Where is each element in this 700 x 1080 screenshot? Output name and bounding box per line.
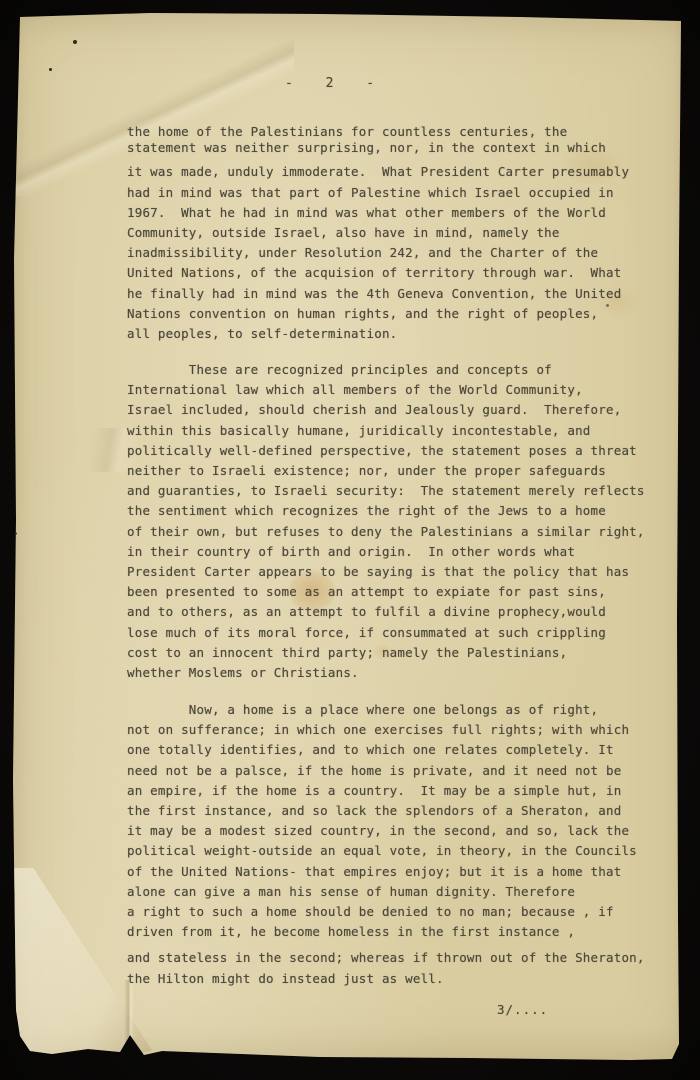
text-line: and guaranties, to Israeli security: The… [127,481,649,501]
paragraph: Now, a home is a place where one belongs… [127,700,649,942]
paragraph: and stateless in the second; whereas if … [127,948,649,988]
text-line: These are recognized principles and conc… [127,360,649,380]
text-line: lose much of its moral force, if consumm… [127,623,649,643]
text-line: Community, outside Israel, also have in … [127,223,649,243]
text-line: not on sufferance; in which one exercise… [127,720,649,740]
text-line: politically well-defined perspective, th… [127,441,649,461]
text-line: driven from it, he become homeless in th… [127,922,649,942]
text-line: it may be a modest sized country, in the… [127,821,649,841]
text-line: within this basically humane, juridicall… [127,421,649,441]
text-line: a right to such a home should be denied … [127,902,649,922]
page-number: - 2 - [285,76,374,91]
scanned-document: - 2 - the home of the Palestinians for c… [0,0,700,1080]
text-line: in their country of birth and origin. In… [127,542,649,562]
paper-speck [73,40,77,44]
text-line: of the United Nations- that empires enjo… [127,862,649,882]
paragraph: the home of the Palestinians for countle… [127,122,649,344]
text-line: the sentiment which recognizes the right… [127,501,649,521]
text-line: cost to an innocent third party; namely … [127,643,649,663]
text-line: need not be a palsce, if the home is pri… [127,761,649,781]
text-line: the Hilton might do instead just as well… [127,969,649,989]
text-line: and to others, as an attempt to fulfil a… [127,602,649,622]
text-line: been presented to some as an attempt to … [127,582,649,602]
text-line: the first instance, and so lack the sple… [127,801,649,821]
text-line: and stateless in the second; whereas if … [127,948,649,968]
text-line: all peoples, to self-determination. [127,324,649,344]
text-line: he finally had in mind was the 4th Genev… [127,284,649,304]
text-line: Nations convention on human rights, and … [127,304,649,324]
text-line: one totally identifies, and to which one… [127,740,649,760]
text-line: statement was neither surprising, nor, i… [127,138,649,158]
text-line: International law which all members of t… [127,380,649,400]
paper-sheet: - 2 - the home of the Palestinians for c… [0,0,700,1080]
paper-speck [49,68,52,71]
text-line: United Nations, of the acquision of terr… [127,263,649,283]
text-line: 1967. What he had in mind was what other… [127,203,649,223]
paper-speck [12,532,17,535]
text-line: neither to Israeli existence; nor, under… [127,461,649,481]
text-line: alone can give a man his sense of human … [127,882,649,902]
text-line: whether Moslems or Christians. [127,663,649,683]
text-line: it was made, unduly immoderate. What Pre… [127,162,649,182]
text-line: political weight-outside an equal vote, … [127,841,649,861]
continuation-mark: 3/.... [497,1002,548,1017]
text-line: Now, a home is a place where one belongs… [127,700,649,720]
text-line: President Carter appears to be saying is… [127,562,649,582]
paragraph: These are recognized principles and conc… [127,360,649,683]
text-line: Israel included, should cherish and Jeal… [127,400,649,420]
text-line: of their own, but refuses to deny the Pa… [127,522,649,542]
text-line: had in mind was that part of Palestine w… [127,183,649,203]
text-line: an empire, if the home is a country. It … [127,781,649,801]
typewritten-text: the home of the Palestinians for countle… [127,122,649,989]
text-line: inadmissibility, under Resolution 242, a… [127,243,649,263]
